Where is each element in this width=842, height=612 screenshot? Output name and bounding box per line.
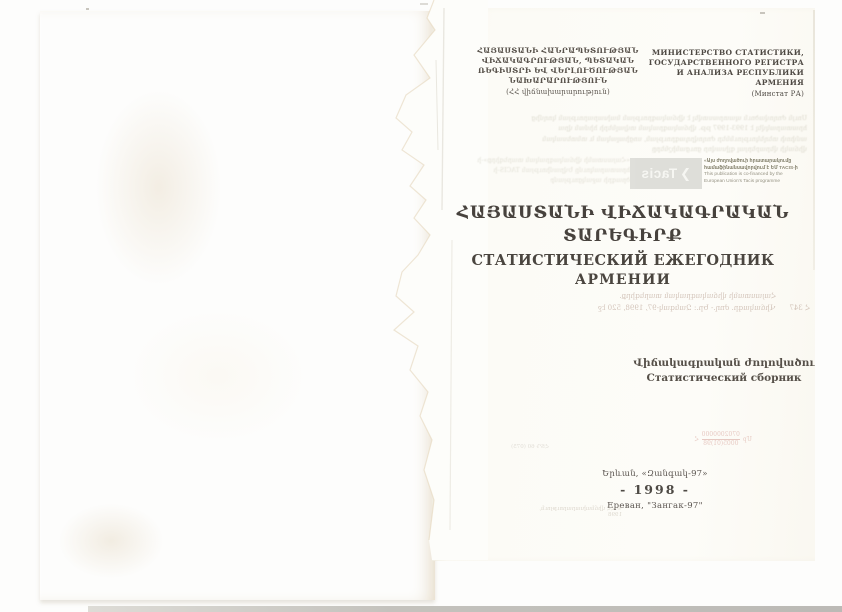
scanner-edge xyxy=(88,606,842,612)
scanned-book-spread: ՀԱՅԱՍՏԱՆԻ ՀԱՆՐԱՊԵՏՈՒԹՅԱՆ ՎԻՃԱԿԱԳՐՈՒԹՅԱՆ,… xyxy=(0,0,842,612)
speck xyxy=(760,12,765,14)
ministry-ru-abbrev: (Минстат РА) xyxy=(646,89,804,99)
ghost-udc-code: ՀՏԴ 60 (075) xyxy=(487,444,549,450)
ghost-line: ամփոփ տեղեկություններ ժողովրդագրության, … xyxy=(455,134,807,144)
ministry-hy-line: ՀԱՅԱՍՏԱՆԻ ՀԱՆՐԱՊԵՏՈՒԹՅԱՆ xyxy=(458,46,658,56)
ministry-hy-abbrev: (ՀՀ վիճնախարարություն) xyxy=(458,87,658,97)
ministry-ru-line: И АНАЛИЗА РЕСПУБЛИКИ xyxy=(646,68,804,78)
speck xyxy=(420,3,428,5)
ghost-line: «Հայաստանի վիճակագրական տարեգիրք»-ի xyxy=(448,156,630,166)
ghost-line: հրատարակվել է 1993-1997 թթ. վիճակագրական… xyxy=(455,123,807,133)
ministry-ru-line: ГОСУДАРСТВЕННОГО РЕГИСТРА xyxy=(646,58,804,68)
ghost-biblio-detail: Վիճակագր. ժող.- Եր.: Զանգակ-97, 1998, 52… xyxy=(598,302,775,314)
ministry-ru-line: АРМЕНИЯ xyxy=(646,78,804,88)
ghost-biblio-title: Հայաստանի վիճակագրական տարեգիրք. xyxy=(552,290,810,302)
ghost-catalog-suffix: Հ xyxy=(694,436,698,443)
ghost-catalog-number: Մբ 0702000000 0005(01)98 Հ xyxy=(682,431,752,447)
ghost-catalog-prefix: Մբ xyxy=(743,436,752,443)
subtitle-armenian: Վիճակագրական ժողովածու xyxy=(618,356,830,371)
imprint-block: Երևան, «Զանգակ-97» - 1998 - Ереван, "Зан… xyxy=(560,469,750,511)
ghost-copyright-bleedthrough: © ՀՀ վիճնախարարություն, 1998 xyxy=(536,506,622,518)
ghost-biblio-code: Հ 347 xyxy=(789,302,810,314)
ghost-catalog-denominator: 0005(01)98 xyxy=(702,440,740,447)
ministry-hy-line: ՎԻՃԱԿԱԳՐՈՒԹՅԱՆ, ՊԵՏԱԿԱՆ xyxy=(458,56,658,66)
ghost-line: վիճակի վերաբերյալ գլխավոր ցուցանիշները xyxy=(455,144,807,154)
tacis-credit-line: European Union's Tacis programme xyxy=(704,179,806,186)
ministry-header-armenian: ՀԱՅԱՍՏԱՆԻ ՀԱՆՐԱՊԵՏՈՒԹՅԱՆ ՎԻՃԱԿԱԳՐՈՒԹՅԱՆ,… xyxy=(458,46,658,97)
ministry-hy-line: ՌԵԳԻՍՏՐԻ ԵՎ ՎԵՐԼՈՒԾՈՒԹՅԱՆ xyxy=(458,66,658,76)
ghost-catalog-numerator: 0702000000 xyxy=(702,431,740,440)
tacis-credit-line: This publication is co-financed by the xyxy=(704,172,806,179)
tacis-credit-line: «Այս ժողովածուի հրատարակումը xyxy=(704,159,806,166)
book-title: ՀԱՅԱՍՏԱՆԻ ՎԻՃԱԿԱԳՐԱԿԱՆ ՏԱՐԵԳԻՐՔ СТАТИСТИ… xyxy=(432,203,814,288)
ministry-hy-line: ՆԱԽԱՐԱՐՈՒԹՅՈՒՆ xyxy=(458,76,658,86)
ghost-tacis-left-bleedthrough: «Հայաստանի վիճակագրական տարեգիրք»-ի հրատ… xyxy=(448,156,630,186)
imprint-year: - 1998 - xyxy=(560,482,750,497)
title-russian-line2: АРМЕНИИ xyxy=(432,272,814,288)
tacis-chevron-icon: ❯ xyxy=(680,166,691,182)
title-russian-line1: СТАТИСТИЧЕСКИЙ ЕЖЕГОДНИК xyxy=(432,252,814,269)
title-armenian-line1: ՀԱՅԱՍՏԱՆԻ ՎԻՃԱԿԱԳՐԱԿԱՆ xyxy=(432,203,814,223)
tacis-credit-text: «Այս ժողովածուի հրատարակումը համաֆինանսա… xyxy=(704,159,806,185)
imprint-armenian: Երևան, «Զանգակ-97» xyxy=(560,469,750,479)
subtitle-russian: Статистический сборник xyxy=(618,371,830,386)
ministry-ru-line: МИНИСТЕРСТВО СТАТИСТИКИ, xyxy=(646,48,804,58)
ghost-biblio-bleedthrough: Հայաստանի վիճակագրական տարեգիրք. Հ 347 Վ… xyxy=(552,290,810,314)
tacis-logo-text: Tacis xyxy=(641,166,677,181)
subtitle: Վիճակագրական ժողովածու Статистический сб… xyxy=(618,356,830,386)
ghost-preface-bleedthrough: Սույն ժողովածուն պատրաստվել է վիճակագրու… xyxy=(455,113,807,154)
ghost-line: հրատարակումը Եվրամիության TACIS-ի xyxy=(448,166,630,176)
tacis-logo: ❯ Tacis xyxy=(630,158,702,189)
ghost-line: Սույն ժողովածուն պատրաստվել է վիճակագրու… xyxy=(455,113,807,123)
ministry-header-russian: МИНИСТЕРСТВО СТАТИСТИКИ, ГОСУДАРСТВЕННОГ… xyxy=(646,48,804,99)
title-armenian-line2: ՏԱՐԵԳԻՐՔ xyxy=(432,226,814,245)
speck xyxy=(86,8,89,10)
ghost-line: ծրագրի աջակցությամբ xyxy=(448,176,630,186)
